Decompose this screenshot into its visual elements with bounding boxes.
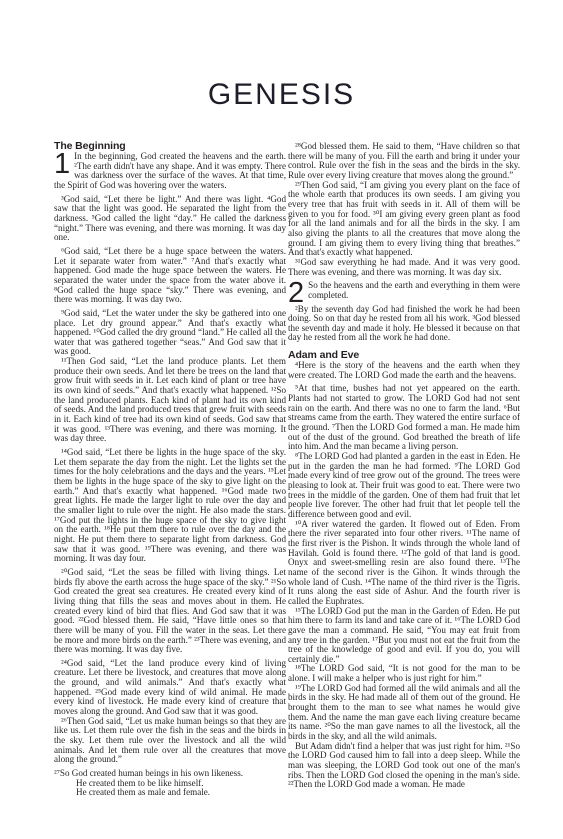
chapter-number-1: 1: [54, 153, 70, 175]
paragraph: ⁴Here is the story of the heavens and th…: [288, 361, 520, 380]
paragraph: ²⁹Then God said, “I am giving you every …: [288, 181, 520, 258]
poetry-block: ²⁷So God created human beings in his own…: [54, 769, 286, 798]
paragraph: ³¹God saw everything he had made. And it…: [288, 258, 520, 277]
paragraph: ¹¹Then God said, “Let the land produce p…: [54, 357, 286, 444]
paragraph: ²⁶Then God said, “Let us make human bein…: [54, 717, 286, 765]
paragraph: ¹⁹The LORD God had formed all the wild a…: [288, 684, 520, 742]
paragraph: ²⁰God said, “Let the seas be filled with…: [54, 568, 286, 655]
chapter-1-opening: 1 In the beginning, God created the heav…: [54, 152, 286, 191]
paragraph: ¹⁰A river watered the garden. It flowed …: [288, 520, 520, 607]
book-title: GENESIS: [0, 78, 563, 112]
paragraph: ⁵At that time, bushes had not yet appear…: [288, 384, 520, 452]
paragraph: ⁸The LORD God had planted a garden in th…: [288, 452, 520, 520]
paragraph: ¹⁸The LORD God said, “It is not good for…: [288, 664, 520, 683]
chapter-number-2: 2: [288, 282, 304, 304]
paragraph: But Adam didn't find a helper that was j…: [288, 742, 520, 790]
paragraph: ²⁴God said, “Let the land produce every …: [54, 659, 286, 717]
paragraph: ⁶God said, “Let there be a huge space be…: [54, 247, 286, 305]
paragraph: ²By the seventh day God had finished the…: [288, 305, 520, 344]
paragraph-text: So the heavens and the earth and everyth…: [308, 280, 520, 300]
right-column: ²⁸God blessed them. He said to them, “Ha…: [288, 142, 520, 790]
paragraph: ³God said, “Let there be light.” And the…: [54, 195, 286, 243]
poetry-line: He created them as male and female.: [54, 788, 286, 798]
paragraph: ¹⁵The LORD God put the man in the Garden…: [288, 607, 520, 665]
paragraph: ¹⁴God said, “Let there be lights in the …: [54, 448, 286, 564]
paragraph-text: In the beginning, God created the heaven…: [54, 151, 286, 190]
paragraph: ²⁸God blessed them. He said to them, “Ha…: [288, 142, 520, 181]
chapter-2-opening: 2 So the heavens and the earth and every…: [288, 281, 520, 300]
left-column: The Beginning 1 In the beginning, God cr…: [54, 140, 286, 798]
paragraph: ⁹God said, “Let the water under the sky …: [54, 309, 286, 357]
